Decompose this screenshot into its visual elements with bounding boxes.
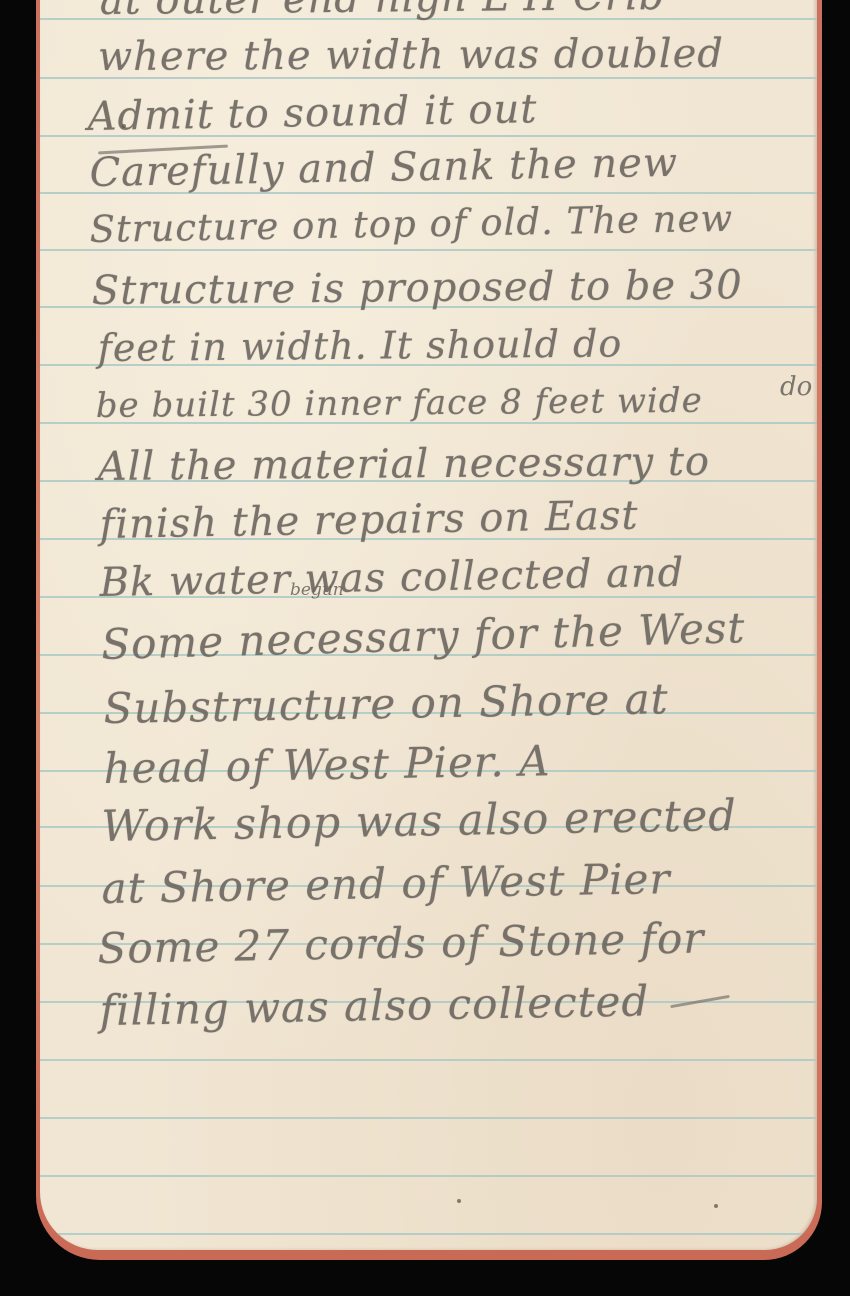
- handwriting-line-7: feet in width. It should do: [98, 321, 623, 370]
- notebook-page: at outer end nigh L H Crib where the wid…: [40, 0, 817, 1250]
- handwriting-line-16: at Shore end of West Pier: [101, 854, 671, 913]
- rule-line: [40, 1175, 817, 1177]
- paper-speck: [714, 1204, 718, 1208]
- paper-speck: [122, 124, 126, 128]
- handwriting-line-1: at outer end nigh L H Crib: [100, 0, 666, 24]
- rule-line: [40, 1117, 817, 1119]
- handwriting-line-14: head of West Pier. A: [103, 736, 551, 793]
- handwriting-line-5: Structure on top of old. The new: [89, 197, 733, 251]
- handwriting-line-12: Some necessary for the West: [101, 603, 746, 669]
- handwriting-line-6: Structure is proposed to be 30: [92, 262, 743, 314]
- handwriting-line-15: Work shop was also erected: [101, 791, 737, 852]
- handwriting-line-4: Carefully and Sank the new: [89, 140, 678, 196]
- rule-line: [40, 1059, 817, 1061]
- handwriting-line-3: Admit to sound it out: [87, 86, 538, 140]
- handwriting-line-18: filling was also collected: [99, 976, 650, 1035]
- insertion-do: do: [780, 372, 812, 402]
- paper-speck: [457, 1199, 461, 1203]
- handwriting-line-2: where the width was doubled: [98, 31, 724, 80]
- handwriting-line-13: Substructure on Shore at: [103, 674, 669, 733]
- handwriting-line-10: finish the repairs on East: [99, 493, 639, 548]
- rule-line: [40, 1233, 817, 1235]
- handwriting-line-17: Some 27 cords of Stone for: [97, 913, 705, 973]
- handwriting-line-9: All the material necessary to: [98, 439, 711, 490]
- handwriting-line-8: be built 30 inner face 8 feet wide: [96, 381, 703, 426]
